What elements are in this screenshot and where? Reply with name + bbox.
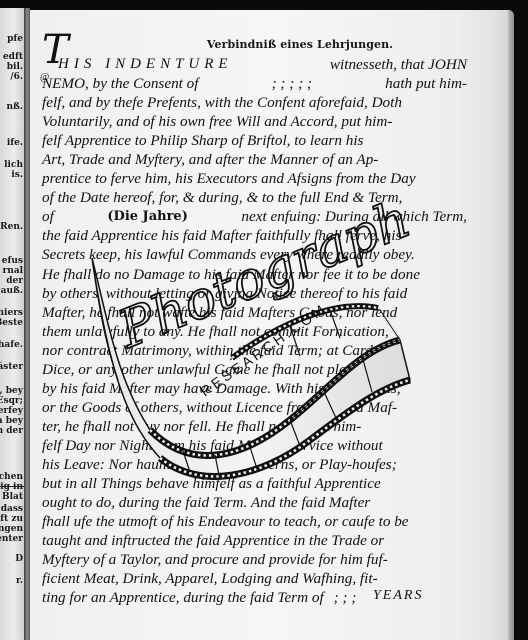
adjacent-page-fragment: Ren. [0, 222, 23, 232]
adjacent-page-fragment: der [6, 276, 23, 286]
text-line: He fhall do no Damage to his faid Mafter… [42, 265, 467, 284]
text-line: felf Apprentice to Philip Sharp of Brift… [42, 131, 467, 150]
text-line: by his faid Mafter may have Damage. With… [42, 379, 467, 398]
text-segment: ought to do, during the faid Term. And t… [42, 493, 370, 512]
adjacent-left-page: pfeedftbil./6.nß.ife.lichis.Ren.efusrnal… [0, 8, 24, 640]
adjacent-page-fragment: Blat [2, 492, 23, 502]
text-line: Voluntarily, and of his own free Will an… [42, 112, 467, 131]
text-line: felf Day nor Night from his faid Mafters… [42, 436, 467, 455]
adjacent-page-fragment: edft [3, 52, 23, 62]
adjacent-page-fragment: lich [4, 160, 23, 170]
text-segment: but in all Things behave himfelf as a fa… [42, 474, 381, 493]
adjacent-page-fragment: /6. [10, 72, 23, 82]
text-line: ter, he fhall not buy nor fell. He fhall… [42, 417, 467, 436]
text-line: Mafter, he fhall not wafte his faid Maft… [42, 303, 467, 322]
text-line: prentice to ferve him, his Executors and… [42, 169, 467, 188]
text-segment: taught and inftructed the faid Apprentic… [42, 531, 384, 550]
text-segment: witnesseth, that JOHN [330, 55, 467, 74]
text-line: HIS INDENTUREwitnesseth, that JOHN [42, 55, 467, 74]
adjacent-page-fragment: rnal [2, 266, 23, 276]
adjacent-page-fragment: pfe [7, 34, 23, 44]
adjacent-page-fragment: bil. [7, 62, 23, 72]
text-segment: ting for an Apprentice, during the faid … [42, 588, 324, 607]
text-segment: felf Apprentice to Philip Sharp of Brift… [42, 131, 363, 150]
adjacent-page-fragment: , dass [0, 504, 23, 514]
text-segment: next enfuing: During all which Term, [241, 207, 467, 226]
adjacent-page-fragment: hiers [0, 308, 23, 318]
adjacent-page-fragment: Esqr; [0, 396, 23, 406]
adjacent-page-fragment: hafe. [0, 340, 23, 350]
text-line: of(Die Jahre)next enfuing: During all wh… [42, 207, 467, 226]
adjacent-page-fragment: erfey [0, 406, 23, 416]
text-line: Myftery of a Taylor, and procure and pro… [42, 550, 467, 569]
text-segment: felf Day nor Night from his faid Mafters… [42, 436, 383, 455]
text-segment: of the Date hereof, for, & during, & to … [42, 188, 402, 207]
text-line: or the Goods of others, without Licence … [42, 398, 467, 417]
closing-word-years: YEARS [373, 588, 423, 604]
text-segment: Dice, or any other unlawful Game he fhal… [42, 360, 402, 379]
adjacent-page-fragment: r. [16, 576, 23, 586]
text-line: NEMO, by the Consent of; ; ; ; ;hath put… [42, 74, 467, 93]
text-segment: of [42, 207, 54, 226]
adjacent-page-fragment: efus [2, 256, 23, 266]
text-segment: ficient Meat, Drink, Apparel, Lodging an… [42, 569, 378, 588]
text-segment: his Leave: Nor haunt Ale-houfes, Taverns… [42, 455, 397, 474]
text-segment: Mafter, he fhall not wafte his faid Maft… [42, 303, 397, 322]
text-segment: (Die Jahre) [107, 207, 187, 226]
text-line: felf, and by thefe Prefents, with the Co… [42, 93, 467, 112]
text-segment: Secrets keep, his lawful Commands every … [42, 245, 415, 264]
adjacent-page-fragment: ig in [0, 482, 23, 492]
scanned-book-spread: pfeedftbil./6.nß.ife.lichis.Ren.efusrnal… [0, 0, 528, 640]
text-segment: the faid Apprentice his faid Mafter fait… [42, 226, 401, 245]
text-segment: NEMO, by the Consent of [42, 74, 199, 93]
text-segment: HIS INDENTURE [58, 55, 233, 74]
adjacent-page-fragment: ungen [0, 524, 23, 534]
text-line: ficient Meat, Drink, Apparel, Lodging an… [42, 569, 467, 588]
text-line: of the Date hereof, for, & during, & to … [42, 188, 467, 207]
adjacent-page-fragment: achen [0, 472, 23, 482]
adjacent-page-fragment: a bey [0, 416, 23, 426]
text-line: but in all Things behave himfelf as a fa… [42, 474, 467, 493]
adjacent-page-fragment: äster [0, 362, 23, 372]
adjacent-page-fragment: is. [11, 170, 23, 180]
text-line: by others, without letting or giving Not… [42, 284, 467, 303]
adjacent-page-fragment: n der [0, 426, 23, 436]
indenture-page: Verbindniß eines Lehrjungen. T @ HIS IND… [30, 10, 514, 640]
text-line: Secrets keep, his lawful Commands every … [42, 245, 467, 264]
running-head: Verbindniß eines Lehrjungen. [200, 38, 400, 51]
adjacent-page-fragment: ift zu [0, 514, 23, 524]
text-segment: by his faid Mafter may have Damage. With… [42, 379, 401, 398]
text-segment: or the Goods of others, without Licence … [42, 398, 397, 417]
adjacent-page-fragment: nenter [0, 534, 23, 544]
adjacent-page-fragment: Beste [0, 318, 23, 328]
text-segment: Voluntarily, and of his own free Will an… [42, 112, 392, 131]
text-line: Dice, or any other unlawful Game he fhal… [42, 360, 467, 379]
text-segment: ; ; ; [334, 588, 357, 607]
text-segment: them unlawfully to any. He fhall not com… [42, 322, 389, 341]
text-segment: fhall ufe the utmoft of his Endeavour to… [42, 512, 409, 531]
text-segment: by others, without letting or giving Not… [42, 284, 407, 303]
adjacent-page-fragment: D [15, 554, 23, 564]
text-line: the faid Apprentice his faid Mafter fait… [42, 226, 467, 245]
adjacent-page-fragment: auß. [1, 286, 23, 296]
adjacent-page-fragment: nß. [6, 102, 23, 112]
text-line: nor contract Matrimony, within the faid … [42, 341, 467, 360]
text-segment: nor contract Matrimony, within the faid … [42, 341, 383, 360]
text-segment: felf, and by thefe Prefents, with the Co… [42, 93, 402, 112]
indenture-text: HIS INDENTUREwitnesseth, that JOHNNEMO, … [42, 55, 467, 607]
text-segment: He fhall do no Damage to his faid Mafter… [42, 265, 420, 284]
text-segment: ter, he fhall not buy nor fell. He fhall… [42, 417, 361, 436]
text-segment: Art, Trade and Myftery, and after the Ma… [42, 150, 378, 169]
text-line: fhall ufe the utmoft of his Endeavour to… [42, 512, 467, 531]
text-line: Art, Trade and Myftery, and after the Ma… [42, 150, 467, 169]
adjacent-page-fragment: , bey [0, 386, 23, 396]
text-line: his Leave: Nor haunt Ale-houfes, Taverns… [42, 455, 467, 474]
adjacent-page-fragment: ife. [7, 138, 23, 148]
text-line: them unlawfully to any. He fhall not com… [42, 322, 467, 341]
text-line: taught and inftructed the faid Apprentic… [42, 531, 467, 550]
text-segment: prentice to ferve him, his Executors and… [42, 169, 416, 188]
text-line: ought to do, during the faid Term. And t… [42, 493, 467, 512]
text-segment: ; ; ; ; ; [272, 74, 312, 93]
text-segment: Myftery of a Taylor, and procure and pro… [42, 550, 388, 569]
text-segment: hath put him- [385, 74, 467, 93]
